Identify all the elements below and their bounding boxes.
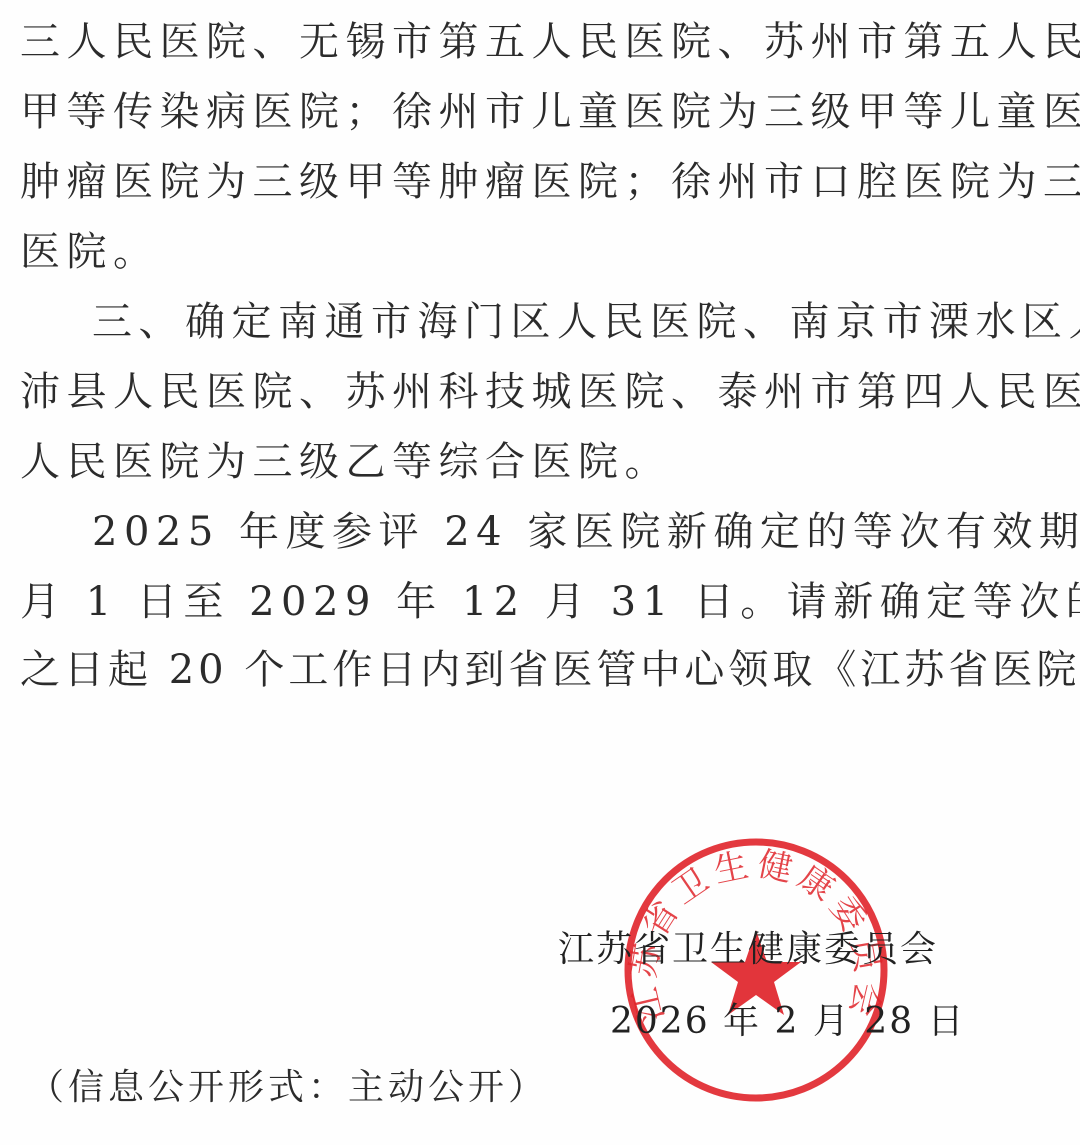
disclosure-note: （信息公开形式：主动公开）: [28, 1066, 548, 1110]
document-page: 三人民医院、无锡市第五人民医院、苏州市第五人民医院为三级 甲等传染病医院；徐州市…: [0, 0, 1080, 1145]
text-line: 之日起 20 个工作日内到省医管中心领取《江苏省医院等级证书》。: [20, 646, 1080, 694]
text-line: 三人民医院、无锡市第五人民医院、苏州市第五人民医院为三级: [20, 18, 1080, 66]
issuer-name: 江苏省卫生健康委员会: [558, 928, 938, 972]
text-line: 人民医院为三级乙等综合医院。: [20, 438, 671, 486]
text-line: 甲等传染病医院；徐州市儿童医院为三级甲等儿童医院；南通市: [20, 88, 1080, 136]
text-line: 三、确定南通市海门区人民医院、南京市溧水区人民医院、: [92, 298, 1080, 346]
text-line: 2025 年度参评 24 家医院新确定的等次有效期为 2026 年 1: [92, 508, 1080, 556]
issue-date: 2026 年 2 月 28 日: [610, 1000, 966, 1044]
text-line: 月 1 日至 2029 年 12 月 31 日。请新确定等次的医院于文件下发: [20, 578, 1080, 626]
text-line: 肿瘤医院为三级甲等肿瘤医院；徐州市口腔医院为三级甲等口腔: [20, 158, 1080, 206]
text-line: 沛县人民医院、苏州科技城医院、泰州市第四人民医院、句容市: [20, 368, 1080, 416]
text-line: 医院。: [20, 228, 160, 276]
